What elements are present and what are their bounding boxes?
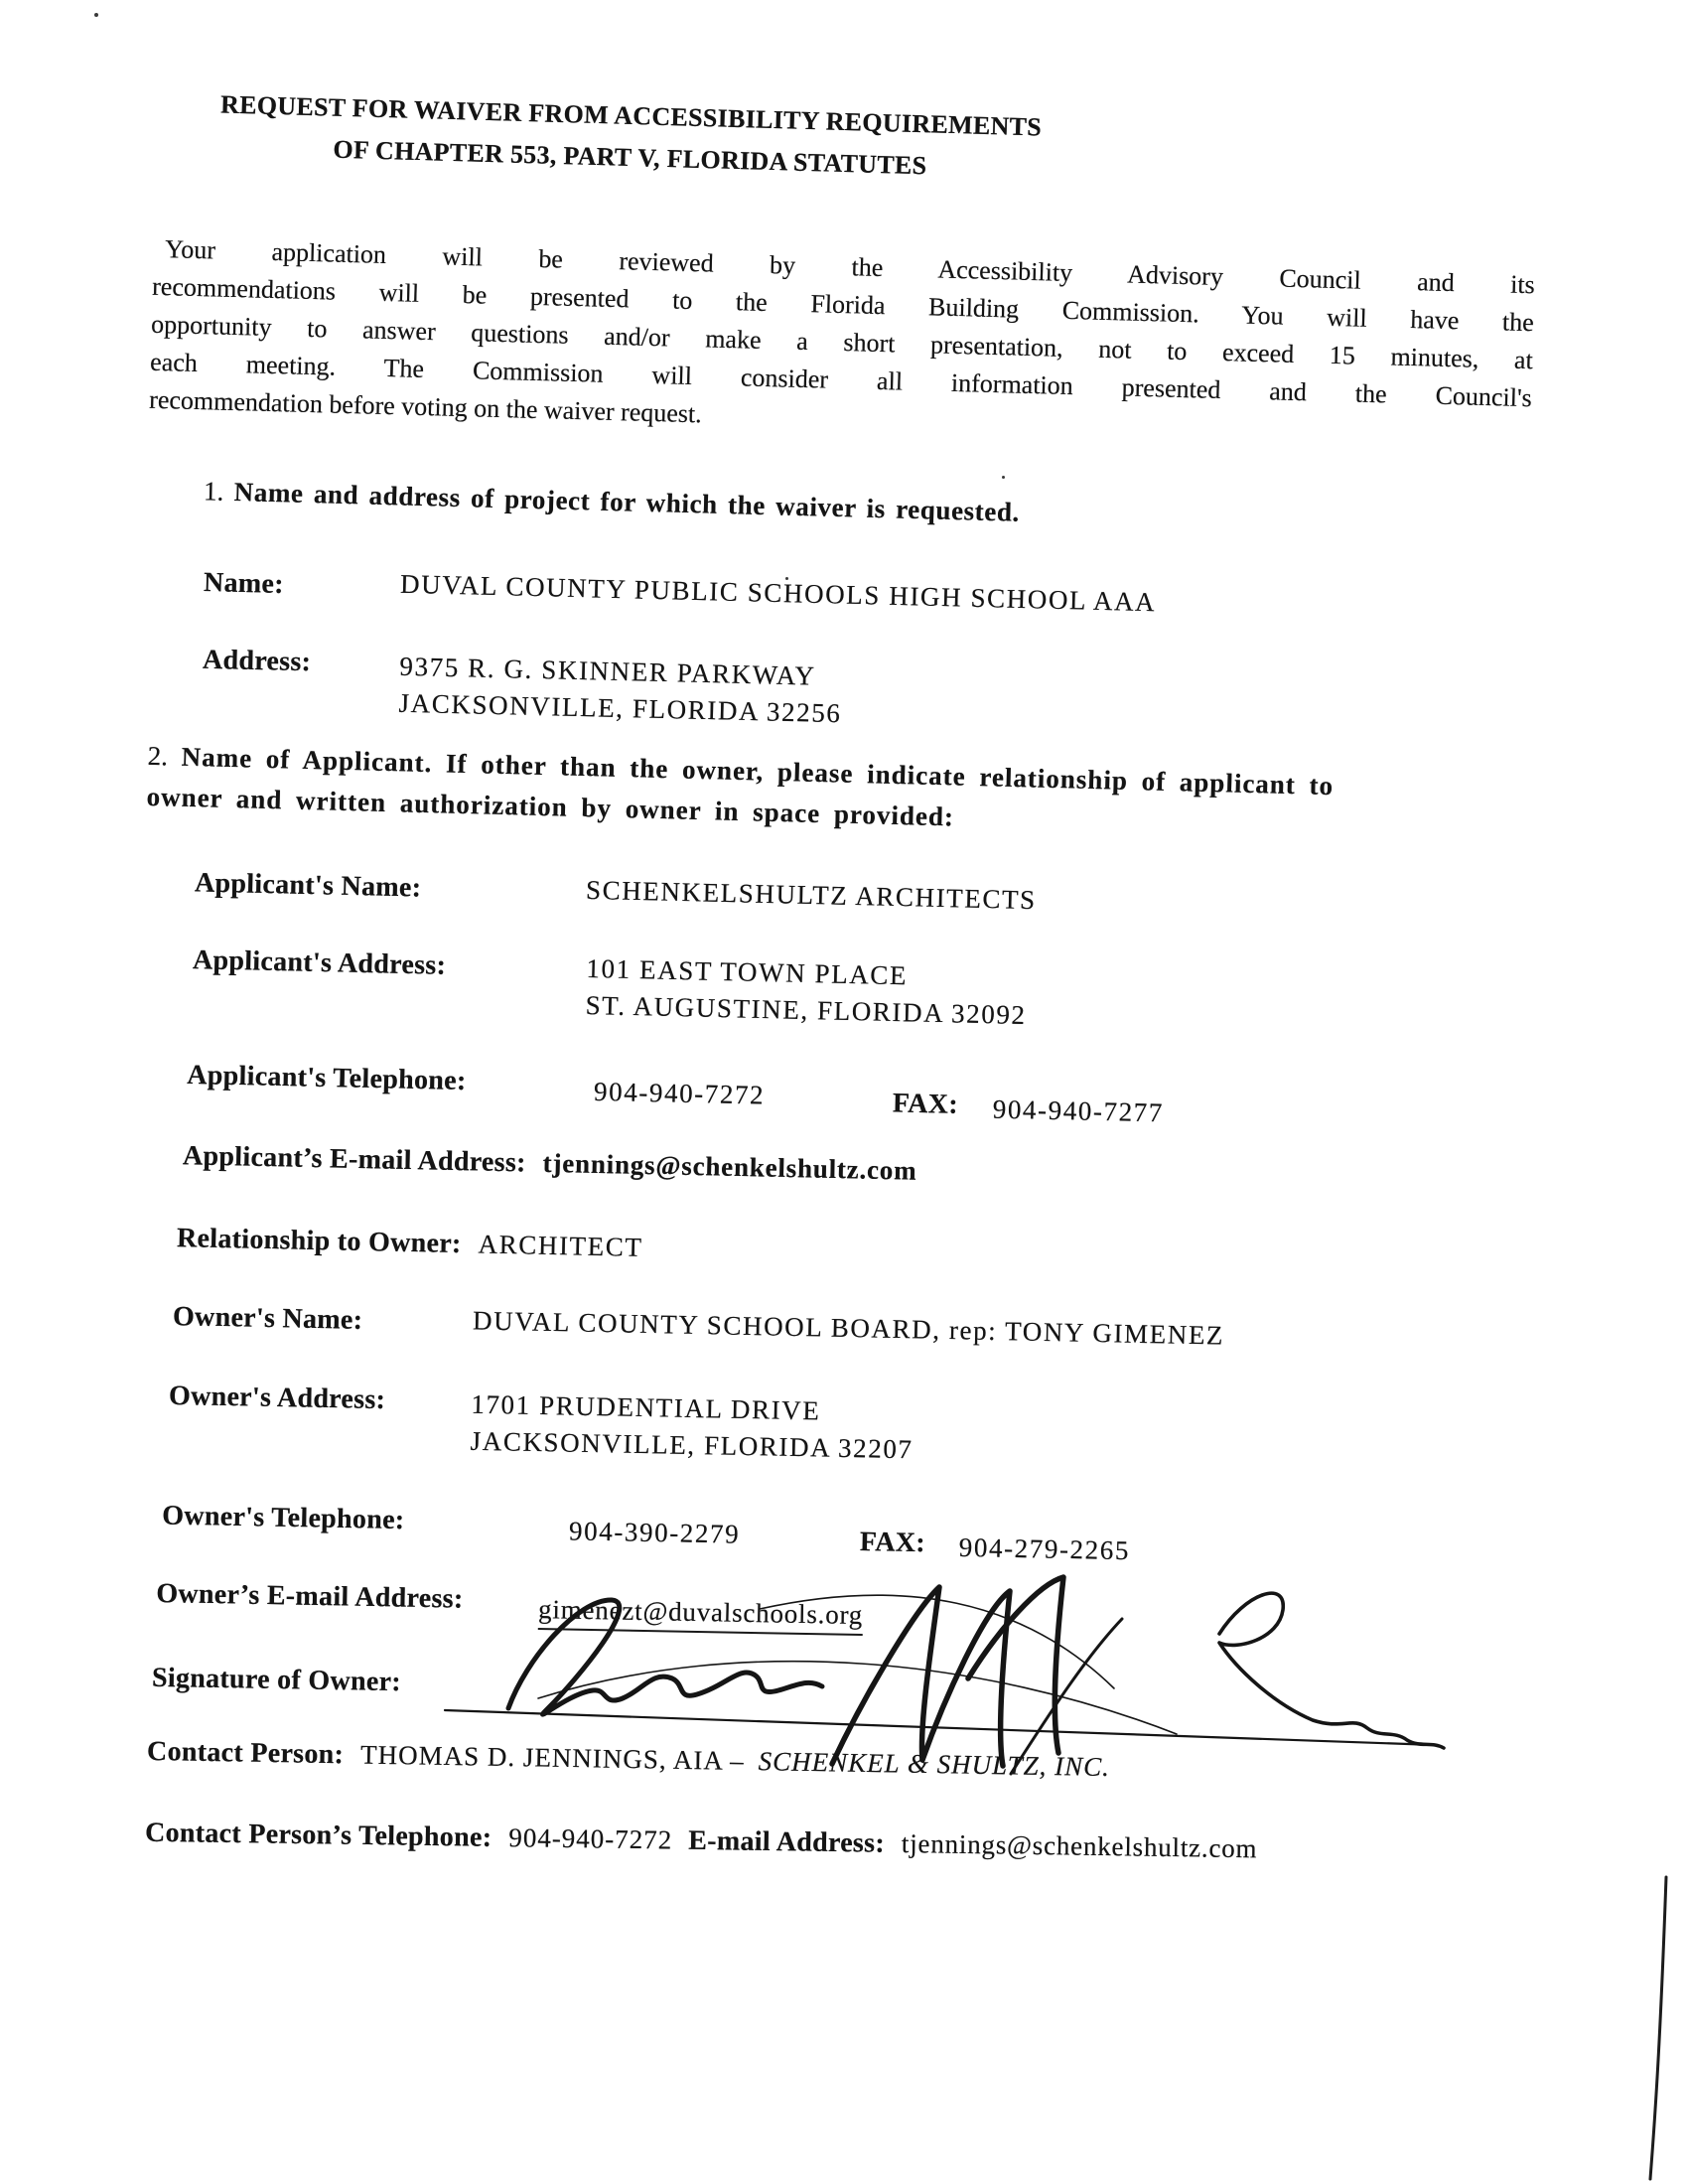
applicant-email-label: Applicant’s E-mail Address: (183, 1140, 526, 1178)
contact-phone-row: Contact Person’s Telephone: 904-940-7272… (145, 1818, 1258, 1866)
intro-paragraph: Your application will be reviewed by the… (149, 230, 1535, 455)
project-name-value: DUVAL COUNTY PUBLIC SCHOOLS HIGH SCHOOL … (400, 569, 1157, 619)
applicant-fax-value: 904-940-7277 (992, 1094, 1164, 1129)
contact-phone-label: Contact Person’s Telephone: (145, 1818, 492, 1853)
project-name-label: Name: (204, 567, 285, 601)
section1-heading: 1. Name and address of project for which… (204, 476, 1021, 528)
project-address-label: Address: (203, 645, 312, 679)
section2-number: 2. (147, 741, 168, 772)
contact-person-value: THOMAS D. JENNINGS, AIA – (360, 1740, 745, 1776)
section2-heading: 2. Name of Applicant. If other than the … (146, 736, 1334, 847)
owner-address-label: Owner's Address: (169, 1381, 386, 1416)
contact-email-label: E-mail Address: (688, 1825, 885, 1859)
owner-signature-label: Signature of Owner: (152, 1663, 401, 1698)
section1-heading-text: Name and address of project for which th… (233, 477, 1020, 527)
scanned-waiver-form-page: REQUEST FOR WAIVER FROM ACCESSIBILITY RE… (0, 0, 1688, 2184)
relationship-label: Relationship to Owner: (177, 1223, 462, 1259)
relationship-row: Relationship to Owner: ARCHITECT (177, 1223, 643, 1264)
applicant-address-label: Applicant's Address: (193, 945, 447, 982)
document-title: REQUEST FOR WAIVER FROM ACCESSIBILITY RE… (158, 82, 1103, 192)
applicant-name-value: SCHENKELSHULTZ ARCHITECTS (586, 875, 1037, 916)
applicant-address-value: 101 EAST TOWN PLACE ST. AUGUSTINE, FLORI… (585, 950, 1028, 1034)
contact-person-firm: SCHENKEL & SHULTZ, INC. (758, 1746, 1110, 1782)
relationship-value: ARCHITECT (478, 1229, 642, 1261)
project-address-value: 9375 R. G. SKINNER PARKWAY JACKSONVILLE,… (398, 649, 843, 732)
scan-artifact-line (1638, 1871, 1678, 2184)
owner-address-value: 1701 PRUDENTIAL DRIVE JACKSONVILLE, FLOR… (470, 1386, 914, 1469)
applicant-email-row: Applicant’s E-mail Address: tjennings@sc… (183, 1140, 917, 1187)
applicant-phone-label: Applicant's Telephone: (187, 1060, 467, 1097)
scan-speck (94, 13, 98, 17)
applicant-email-value: tjennings@schenkelshultz.com (542, 1148, 916, 1186)
contact-phone-value: 904-940-7272 (508, 1822, 672, 1854)
scan-speck (1002, 476, 1005, 479)
owner-name-label: Owner's Name: (173, 1301, 363, 1337)
owner-name-value: DUVAL COUNTY SCHOOL BOARD, rep: TONY GIM… (473, 1305, 1225, 1351)
owner-email-label: Owner’s E-mail Address: (156, 1578, 464, 1616)
applicant-name-label: Applicant's Name: (195, 867, 422, 904)
section1-number: 1. (204, 476, 224, 507)
applicant-fax-label: FAX: (893, 1088, 959, 1120)
contact-email-value: tjennings@schenkelshultz.com (902, 1828, 1258, 1863)
contact-person-label: Contact Person: (147, 1736, 345, 1770)
applicant-phone-row: Applicant's Telephone: 904-940-7272 FAX:… (187, 1060, 1379, 1135)
applicant-phone-value: 904-940-7272 (594, 1077, 766, 1111)
owner-address-line2: JACKSONVILLE, FLORIDA 32207 (470, 1423, 914, 1469)
owner-phone-label: Owner's Telephone: (162, 1500, 405, 1536)
